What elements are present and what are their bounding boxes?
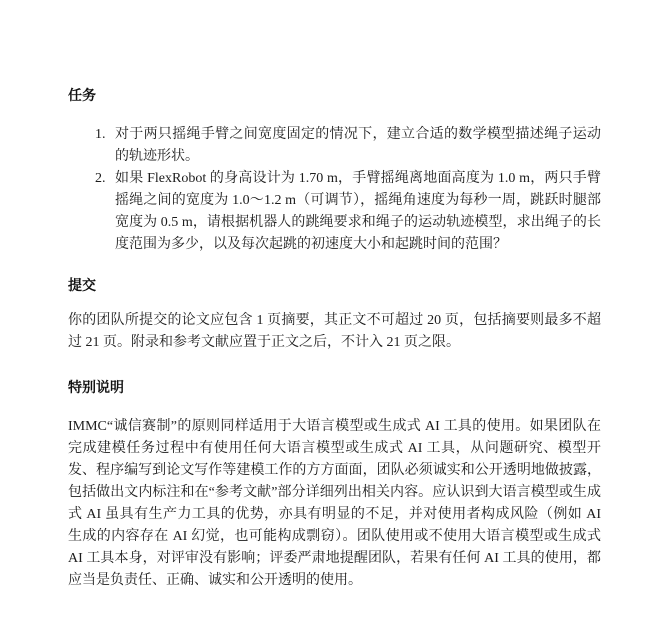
section-submission: 提交 你的团队所提交的论文应包含 1 页摘要，其正文不可超过 20 页，包括摘要… bbox=[68, 274, 601, 354]
section-special-note: 特别说明 IMMC“诚信赛制”的原则同样适用于大语言模型或生成式 AI 工具的使… bbox=[68, 376, 601, 592]
special-note-heading: 特别说明 bbox=[68, 376, 601, 398]
document-content: 任务 1. 对于两只摇绳手臂之间宽度固定的情况下，建立合适的数学模型描述绳子运动… bbox=[68, 84, 601, 592]
task-item-2-number: 2. bbox=[95, 168, 115, 256]
task-item-1-number: 1. bbox=[95, 124, 115, 168]
special-note-paragraph: IMMC“诚信赛制”的原则同样适用于大语言模型或生成式 AI 工具的使用。如果团… bbox=[68, 416, 601, 592]
submission-paragraph: 你的团队所提交的论文应包含 1 页摘要，其正文不可超过 20 页，包括摘要则最多… bbox=[68, 310, 601, 354]
submission-heading: 提交 bbox=[68, 274, 601, 296]
task-item-1: 1. 对于两只摇绳手臂之间宽度固定的情况下，建立合适的数学模型描述绳子运动的轨迹… bbox=[68, 124, 601, 168]
task-item-1-text: 对于两只摇绳手臂之间宽度固定的情况下，建立合适的数学模型描述绳子运动的轨迹形状。 bbox=[115, 124, 601, 168]
tasks-heading: 任务 bbox=[68, 84, 601, 106]
section-tasks: 任务 1. 对于两只摇绳手臂之间宽度固定的情况下，建立合适的数学模型描述绳子运动… bbox=[68, 84, 601, 256]
task-item-2: 2. 如果 FlexRobot 的身高设计为 1.70 m，手臂摇绳离地面高度为… bbox=[68, 168, 601, 256]
task-list: 1. 对于两只摇绳手臂之间宽度固定的情况下，建立合适的数学模型描述绳子运动的轨迹… bbox=[68, 124, 601, 256]
document-page: 任务 1. 对于两只摇绳手臂之间宽度固定的情况下，建立合适的数学模型描述绳子运动… bbox=[0, 0, 667, 622]
task-item-2-text: 如果 FlexRobot 的身高设计为 1.70 m，手臂摇绳离地面高度为 1.… bbox=[115, 168, 601, 256]
